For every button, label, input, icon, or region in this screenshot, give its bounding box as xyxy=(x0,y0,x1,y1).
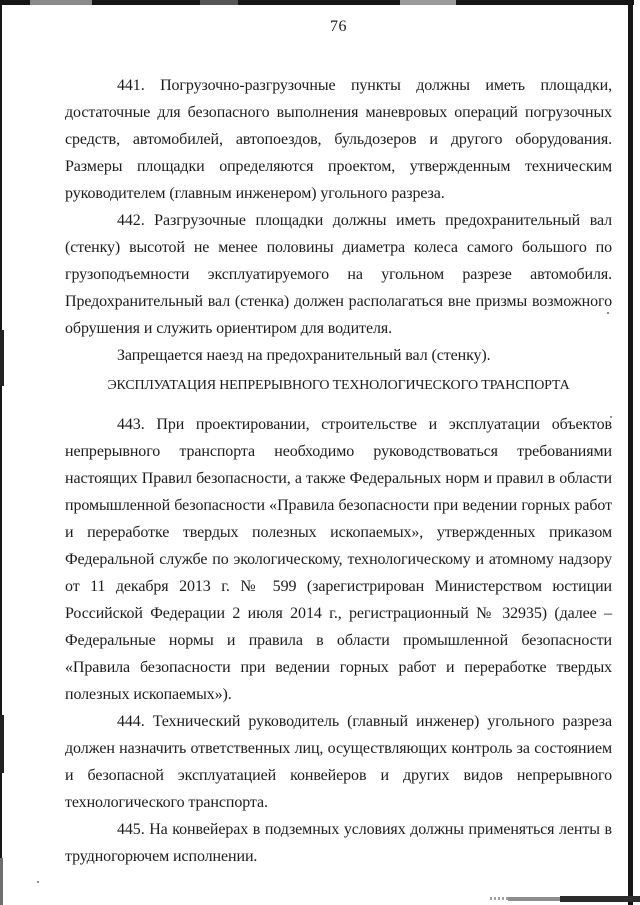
document-page: 76 441. Погрузочно-разгрузочные пункты д… xyxy=(0,0,640,905)
scan-edge-right xyxy=(628,0,633,905)
scan-edge-bottom-dashes xyxy=(490,897,508,900)
scan-edge-left-blob xyxy=(0,330,4,386)
scan-edge-bottom xyxy=(560,896,640,902)
page-content: 76 441. Погрузочно-разгрузочные пункты д… xyxy=(65,0,612,870)
section-heading: ЭКСПЛУАТАЦИЯ НЕПРЕРЫВНОГО ТЕХНОЛОГИЧЕСКО… xyxy=(65,375,612,397)
scan-edge-bottom-gray xyxy=(508,897,560,901)
paragraph-441: 441. Погрузочно-разгрузочные пункты долж… xyxy=(65,72,612,207)
paragraph-444: 444. Технический руководитель (главный и… xyxy=(65,708,612,816)
paragraph-442-prohibition: Запрещается наезд на предохранительный в… xyxy=(65,342,612,369)
scan-edge-left-gray xyxy=(0,858,3,905)
paragraph-442: 442. Разгрузочные площадки должны иметь … xyxy=(65,207,612,342)
page-number: 76 xyxy=(65,18,612,36)
paragraph-445: 445. На конвейерах в подземных условиях … xyxy=(65,816,612,870)
body-text: 441. Погрузочно-разгрузочные пункты долж… xyxy=(65,72,612,870)
scan-speck xyxy=(37,881,39,883)
scan-edge-left-blob xyxy=(0,715,4,773)
paragraph-443: 443. При проектировании, строительстве и… xyxy=(65,411,612,708)
